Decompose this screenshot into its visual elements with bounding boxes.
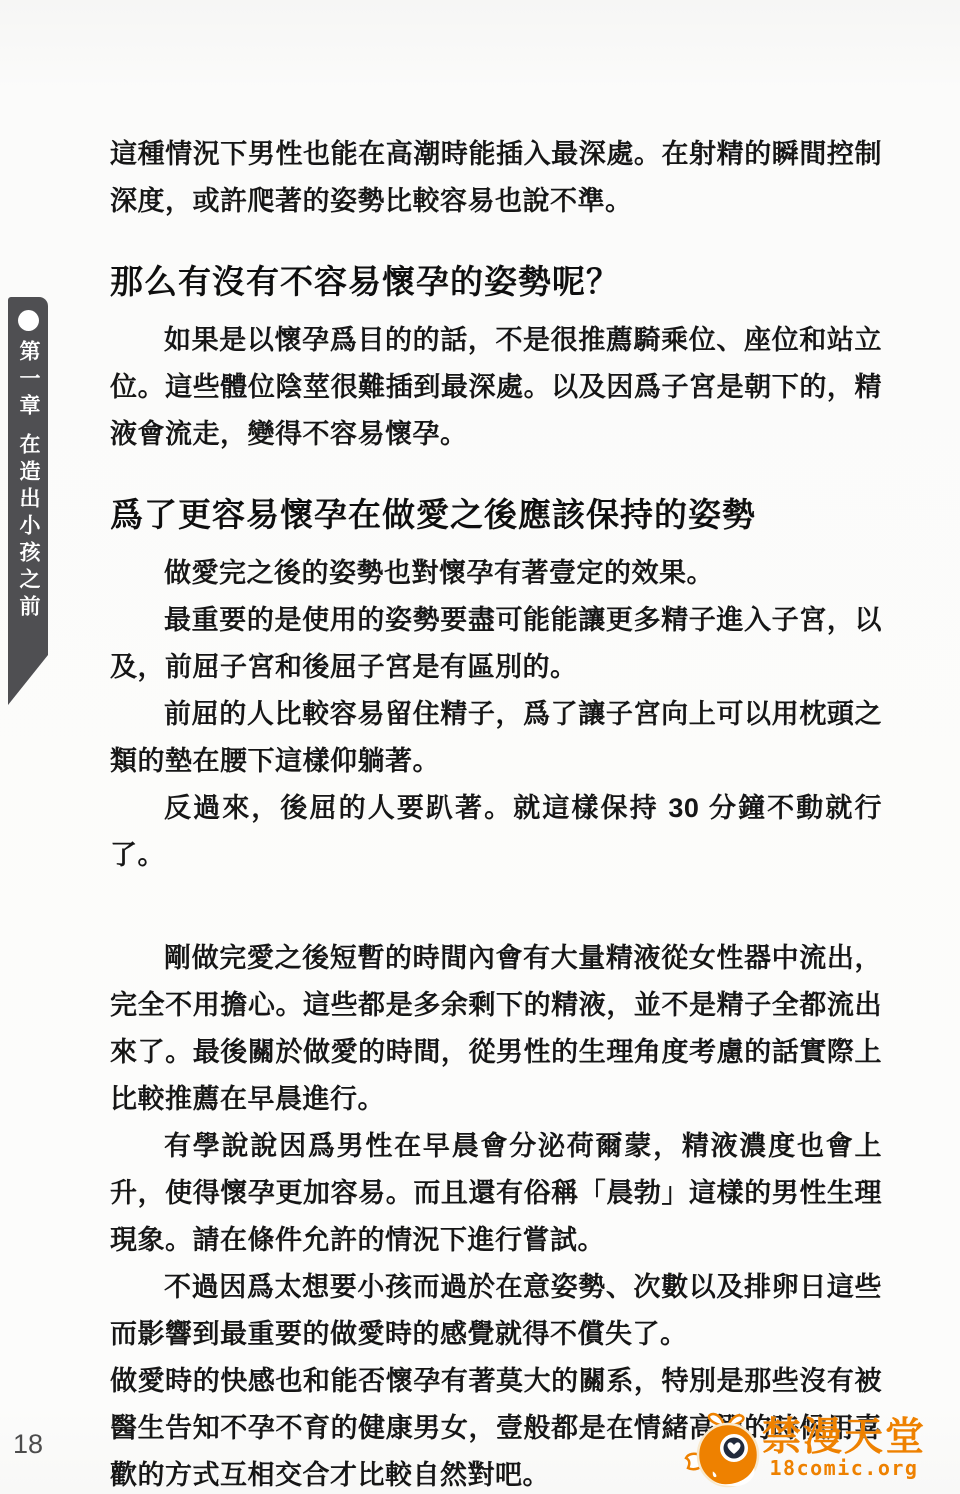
- body-paragraph: 不過因爲太想要小孩而過於在意姿勢、次數以及排卵日這些而影響到最重要的做愛時的感覺…: [110, 1264, 882, 1358]
- body-paragraph: 剛做完愛之後短暫的時間內會有大量精液從女性器中流出，完全不用擔心。這些都是多余剩…: [110, 935, 882, 1123]
- body-paragraph: 如果是以懷孕爲目的的話，不是很推薦騎乘位、座位和站立位。這些體位陰莖很難插到最深…: [110, 317, 882, 458]
- body-paragraph: 最重要的是使用的姿勢要盡可能能讓更多精子進入子宮，以及，前屈子宮和後屈子宮是有區…: [110, 597, 882, 691]
- section-heading: 爲了更容易懷孕在做愛之後應該保持的姿勢: [110, 495, 882, 535]
- body-paragraph: 前屈的人比較容易留住精子，爲了讓子宮向上可以用枕頭之類的墊在腰下這樣仰躺著。: [110, 691, 882, 785]
- watermark-logo: 禁漫天堂 18comic.org: [684, 1408, 926, 1488]
- body-paragraph: 這種情況下男性也能在高潮時能插入最深處。在射精的瞬間控制深度，或許爬著的姿勢比較…: [110, 131, 882, 225]
- body-paragraph: 反過來，後屈的人要趴著。就這樣保持 30 分鐘不動就行了。: [110, 785, 882, 879]
- body-paragraph: 有學說說因爲男性在早晨會分泌荷爾蒙，精液濃度也會上升，使得懷孕更加容易。而且還有…: [110, 1123, 882, 1264]
- orange-whale-mascot-icon: [684, 1408, 760, 1488]
- page-content: 這種情況下男性也能在高潮時能插入最深處。在射精的瞬間控制深度，或許爬著的姿勢比較…: [0, 0, 960, 1494]
- watermark-site-url: 18comic.org: [770, 1458, 919, 1479]
- section-heading: 那么有沒有不容易懷孕的姿勢呢？: [110, 262, 882, 302]
- body-paragraph: 做愛完之後的姿勢也對懷孕有著壹定的效果。: [110, 550, 882, 597]
- watermark-site-name: 禁漫天堂: [762, 1417, 926, 1458]
- page-number: 18: [13, 1429, 43, 1460]
